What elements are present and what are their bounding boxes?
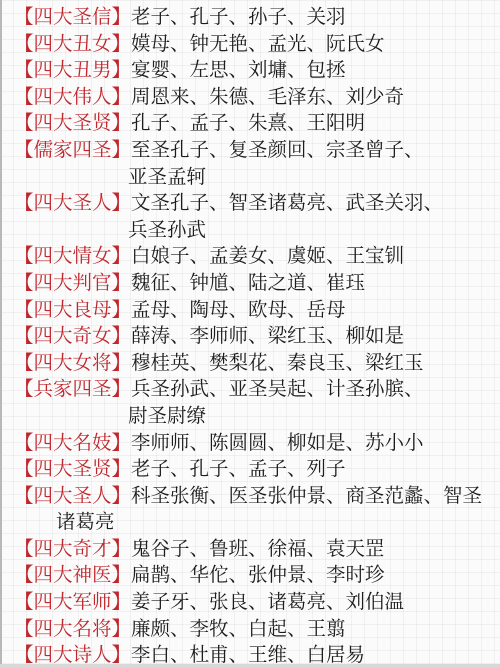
list-item: 【四大名妓】李师师、陈圆圆、柳如是、苏小小 [14, 430, 496, 457]
category-label: 【四大良母】 [14, 297, 131, 324]
document-page: 【四大圣信】老子、孔子、孙子、关羽 【四大丑女】嫫母、钟无艳、孟光、阮氏女 【四… [0, 0, 500, 664]
category-items: 科圣张衡、医圣张仲景、商圣范蠡、智圣 [131, 483, 482, 510]
list-item: 【四大奇才】鬼谷子、鲁班、徐福、袁天罡 [14, 536, 496, 563]
category-list: 【四大圣信】老子、孔子、孙子、关羽 【四大丑女】嫫母、钟无艳、孟光、阮氏女 【四… [14, 4, 496, 668]
category-label: 【四大丑男】 [14, 57, 131, 84]
list-item: 【四大军师】姜子牙、张良、诸葛亮、刘伯温 [14, 589, 496, 616]
category-items: 白娘子、孟姜女、虞姬、王宝钏 [131, 243, 404, 270]
list-item: 【四大判官】魏征、钟馗、陆之道、崔珏 [14, 270, 496, 297]
category-items: 薛涛、李师师、梁红玉、柳如是 [131, 323, 404, 350]
category-label: 【四大神医】 [14, 562, 131, 589]
category-label: 【四大伟人】 [14, 84, 131, 111]
category-label: 【四大圣人】 [14, 483, 131, 510]
category-items: 魏征、钟馗、陆之道、崔珏 [131, 270, 365, 297]
page-bottom-edge [0, 664, 500, 668]
category-items: 至圣孔子、复圣颜回、宗圣曾子、 [131, 137, 424, 164]
category-items: 李师师、陈圆圆、柳如是、苏小小 [131, 430, 424, 457]
list-item: 【四大情女】白娘子、孟姜女、虞姬、王宝钏 [14, 243, 496, 270]
list-item: 【四大良母】孟母、陶母、欧母、岳母 [14, 297, 496, 324]
category-items-continued: 诸葛亮 [56, 509, 115, 536]
category-items-continued: 兵圣孙武 [128, 217, 206, 244]
category-items: 宴婴、左思、刘墉、包拯 [131, 57, 346, 84]
list-item: 【四大圣贤】孔子、孟子、朱熹、王阳明 [14, 110, 496, 137]
category-label: 【四大圣贤】 [14, 110, 131, 137]
list-item: 【四大丑男】宴婴、左思、刘墉、包拯 [14, 57, 496, 84]
category-items: 姜子牙、张良、诸葛亮、刘伯温 [131, 589, 404, 616]
category-items: 文圣孔子、智圣诸葛亮、武圣关羽、 [131, 190, 443, 217]
category-items: 嫫母、钟无艳、孟光、阮氏女 [131, 31, 385, 58]
list-item: 【四大丑女】嫫母、钟无艳、孟光、阮氏女 [14, 31, 496, 58]
category-label: 【四大圣人】 [14, 190, 131, 217]
category-label: 【儒家四圣】 [14, 137, 131, 164]
category-items: 鬼谷子、鲁班、徐福、袁天罡 [131, 536, 385, 563]
list-item: 【四大圣信】老子、孔子、孙子、关羽 [14, 4, 496, 31]
category-items: 孔子、孟子、朱熹、王阳明 [131, 110, 365, 137]
category-label: 【四大圣贤】 [14, 456, 131, 483]
category-label: 【兵家四圣】 [14, 376, 131, 403]
list-item-continuation: 诸葛亮 [14, 509, 496, 536]
category-items: 老子、孔子、孙子、关羽 [131, 4, 346, 31]
category-label: 【四大判官】 [14, 270, 131, 297]
list-item-continuation: 亚圣孟轲 [14, 164, 496, 191]
list-item-continuation: 尉圣尉缭 [14, 403, 496, 430]
list-item: 【四大神医】扁鹊、华佗、张仲景、李时珍 [14, 562, 496, 589]
category-items-continued: 尉圣尉缭 [128, 403, 206, 430]
list-item: 【儒家四圣】至圣孔子、复圣颜回、宗圣曾子、 [14, 137, 496, 164]
category-items: 兵圣孙武、亚圣吴起、计圣孙膑、 [131, 376, 424, 403]
list-item: 【四大圣人】科圣张衡、医圣张仲景、商圣范蠡、智圣 [14, 483, 496, 510]
category-label: 【四大奇才】 [14, 536, 131, 563]
category-label: 【四大丑女】 [14, 31, 131, 58]
category-label: 【四大名妓】 [14, 430, 131, 457]
category-items: 周恩来、朱德、毛泽东、刘少奇 [131, 84, 404, 111]
category-label: 【四大奇女】 [14, 323, 131, 350]
category-items: 穆桂英、樊梨花、秦良玉、梁红玉 [131, 350, 424, 377]
list-item: 【兵家四圣】兵圣孙武、亚圣吴起、计圣孙膑、 [14, 376, 496, 403]
list-item: 【四大伟人】周恩来、朱德、毛泽东、刘少奇 [14, 84, 496, 111]
category-label: 【四大名将】 [14, 616, 131, 643]
category-items-continued: 亚圣孟轲 [128, 164, 206, 191]
category-items: 廉颇、李牧、白起、王翦 [131, 616, 346, 643]
list-item: 【四大女将】穆桂英、樊梨花、秦良玉、梁红玉 [14, 350, 496, 377]
list-item: 【四大奇女】薛涛、李师师、梁红玉、柳如是 [14, 323, 496, 350]
category-label: 【四大圣信】 [14, 4, 131, 31]
category-items: 老子、孔子、孟子、列子 [131, 456, 346, 483]
category-label: 【四大女将】 [14, 350, 131, 377]
category-label: 【四大军师】 [14, 589, 131, 616]
category-items: 孟母、陶母、欧母、岳母 [131, 297, 346, 324]
category-items: 扁鹊、华佗、张仲景、李时珍 [131, 562, 385, 589]
category-label: 【四大情女】 [14, 243, 131, 270]
list-item: 【四大圣人】文圣孔子、智圣诸葛亮、武圣关羽、 [14, 190, 496, 217]
list-item-continuation: 兵圣孙武 [14, 217, 496, 244]
list-item: 【四大名将】廉颇、李牧、白起、王翦 [14, 616, 496, 643]
list-item: 【四大圣贤】老子、孔子、孟子、列子 [14, 456, 496, 483]
